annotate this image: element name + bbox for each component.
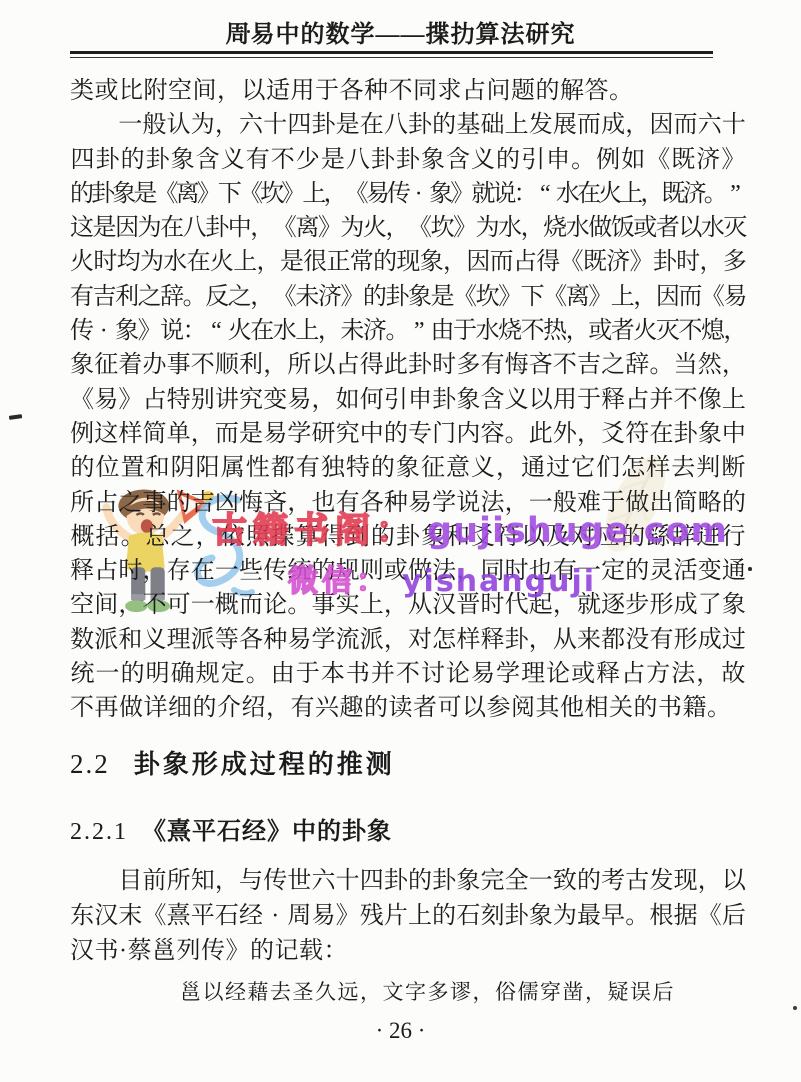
section-title: 卦象形成过程的推测 <box>134 750 395 779</box>
subsection-heading: 2.2.1《熹平石经》中的卦象 <box>70 811 392 846</box>
main-text-block: 类或比附空间，以适用于各种不同求占问题的解答。 一般认为，六十四卦是在八卦的基础… <box>70 74 746 726</box>
body-text-line: 象征着办事不顺利，所以占得此卦时多有悔吝不吉之辞。当然， <box>70 348 746 382</box>
paragraph-text-line: 目前所知，与传世六十四卦的卦象完全一致的考古发现，以 <box>70 864 746 899</box>
watermark-site-label: 古籍书阁： <box>212 511 417 551</box>
section-number: 2.2 <box>70 749 110 779</box>
body-text-line: 类或比附空间，以适用于各种不同求占问题的解答。 <box>70 74 746 108</box>
body-text-line: 有吉利之辞。反之，《未济》的卦象是《坎》下《离》上，因而《易 <box>70 280 746 314</box>
body-text-line: 传·象》说：“火在水上，未济。”由于水烧不热，或者火灭不熄， <box>70 314 746 348</box>
body-text-line: 这是因为在八卦中，《离》为火，《坎》为水，烧水做饭或者以水灭 <box>70 211 746 245</box>
scanned-book-page: 周易中的数学——揲扐算法研究 类或比附空间，以适用 <box>0 0 801 1082</box>
block-quote-line: 邕以经藉去圣久远，文字多谬，俗儒穿凿，疑误后 <box>180 976 675 1006</box>
paragraph-text-line: 东汉末《熹平石经·周易》残片上的石刻卦象为最早。根据《后 <box>70 899 746 934</box>
paragraph-text-line: 汉书·蔡邕列传》的记载： <box>70 934 746 969</box>
header-rule-thick <box>70 51 713 54</box>
subsection-number: 2.2.1 <box>70 819 128 845</box>
subsection-title: 《熹平石经》中的卦象 <box>142 819 392 845</box>
running-head-title: 周易中的数学——揲扐算法研究 <box>0 14 801 49</box>
scan-speck <box>247 30 250 33</box>
watermark-site-url: gujishuge.com <box>427 511 728 551</box>
section-heading: 2.2卦象形成过程的推测 <box>70 744 395 781</box>
body-text-line: 不再做详细的介绍，有兴趣的读者可以参阅其他相关的书籍。 <box>70 691 746 725</box>
page-number: · 26 · <box>0 1018 801 1044</box>
body-text-line: 《易》占特别讲究变易，如何引申卦象含义以用于释占并不像上 <box>70 383 746 417</box>
watermark-wechat-label: 微信： <box>288 564 390 599</box>
scan-mark-dash <box>9 414 22 419</box>
watermark-site-line: 古籍书阁：gujishuge.com <box>212 503 728 553</box>
body-text-line: 一般认为，六十四卦是在八卦的基础上发展而成，因而六十 <box>70 108 746 142</box>
body-text-line: 的位置和阴阳属性都有独特的象征意义，通过它们怎样去判断 <box>70 451 746 485</box>
header-rule-thin <box>70 57 713 58</box>
body-text-line: 统一的明确规定。由于本书并不讨论易学理论或释占方法，故 <box>70 657 746 691</box>
body-text-line: 例这样简单，而是易学研究中的专门内容。此外，爻符在卦象中 <box>70 417 746 451</box>
watermark-wechat-id: yishanguji <box>402 564 596 599</box>
body-text-line: 数派和义理派等各种易学流派，对怎样释卦，从来都没有形成过 <box>70 623 746 657</box>
body-text-line: 火时均为水在火上，是很正常的现象，因而占得《既济》卦时，多 <box>70 245 746 279</box>
watermark-wechat-line: 微信：yishanguji <box>288 556 596 600</box>
paragraph-text-block: 目前所知，与传世六十四卦的卦象完全一致的考古发现，以东汉末《熹平石经·周易》残片… <box>70 864 746 969</box>
scan-speck <box>748 567 752 571</box>
body-text-line: 四卦的卦象含义有不少是八卦卦象含义的引申。例如《既济》 <box>70 143 746 177</box>
scan-speck <box>793 1006 797 1010</box>
body-text-line: 的卦象是《离》下《坎》上，《易传·象》就说：“水在火上，既济。” <box>70 177 746 211</box>
